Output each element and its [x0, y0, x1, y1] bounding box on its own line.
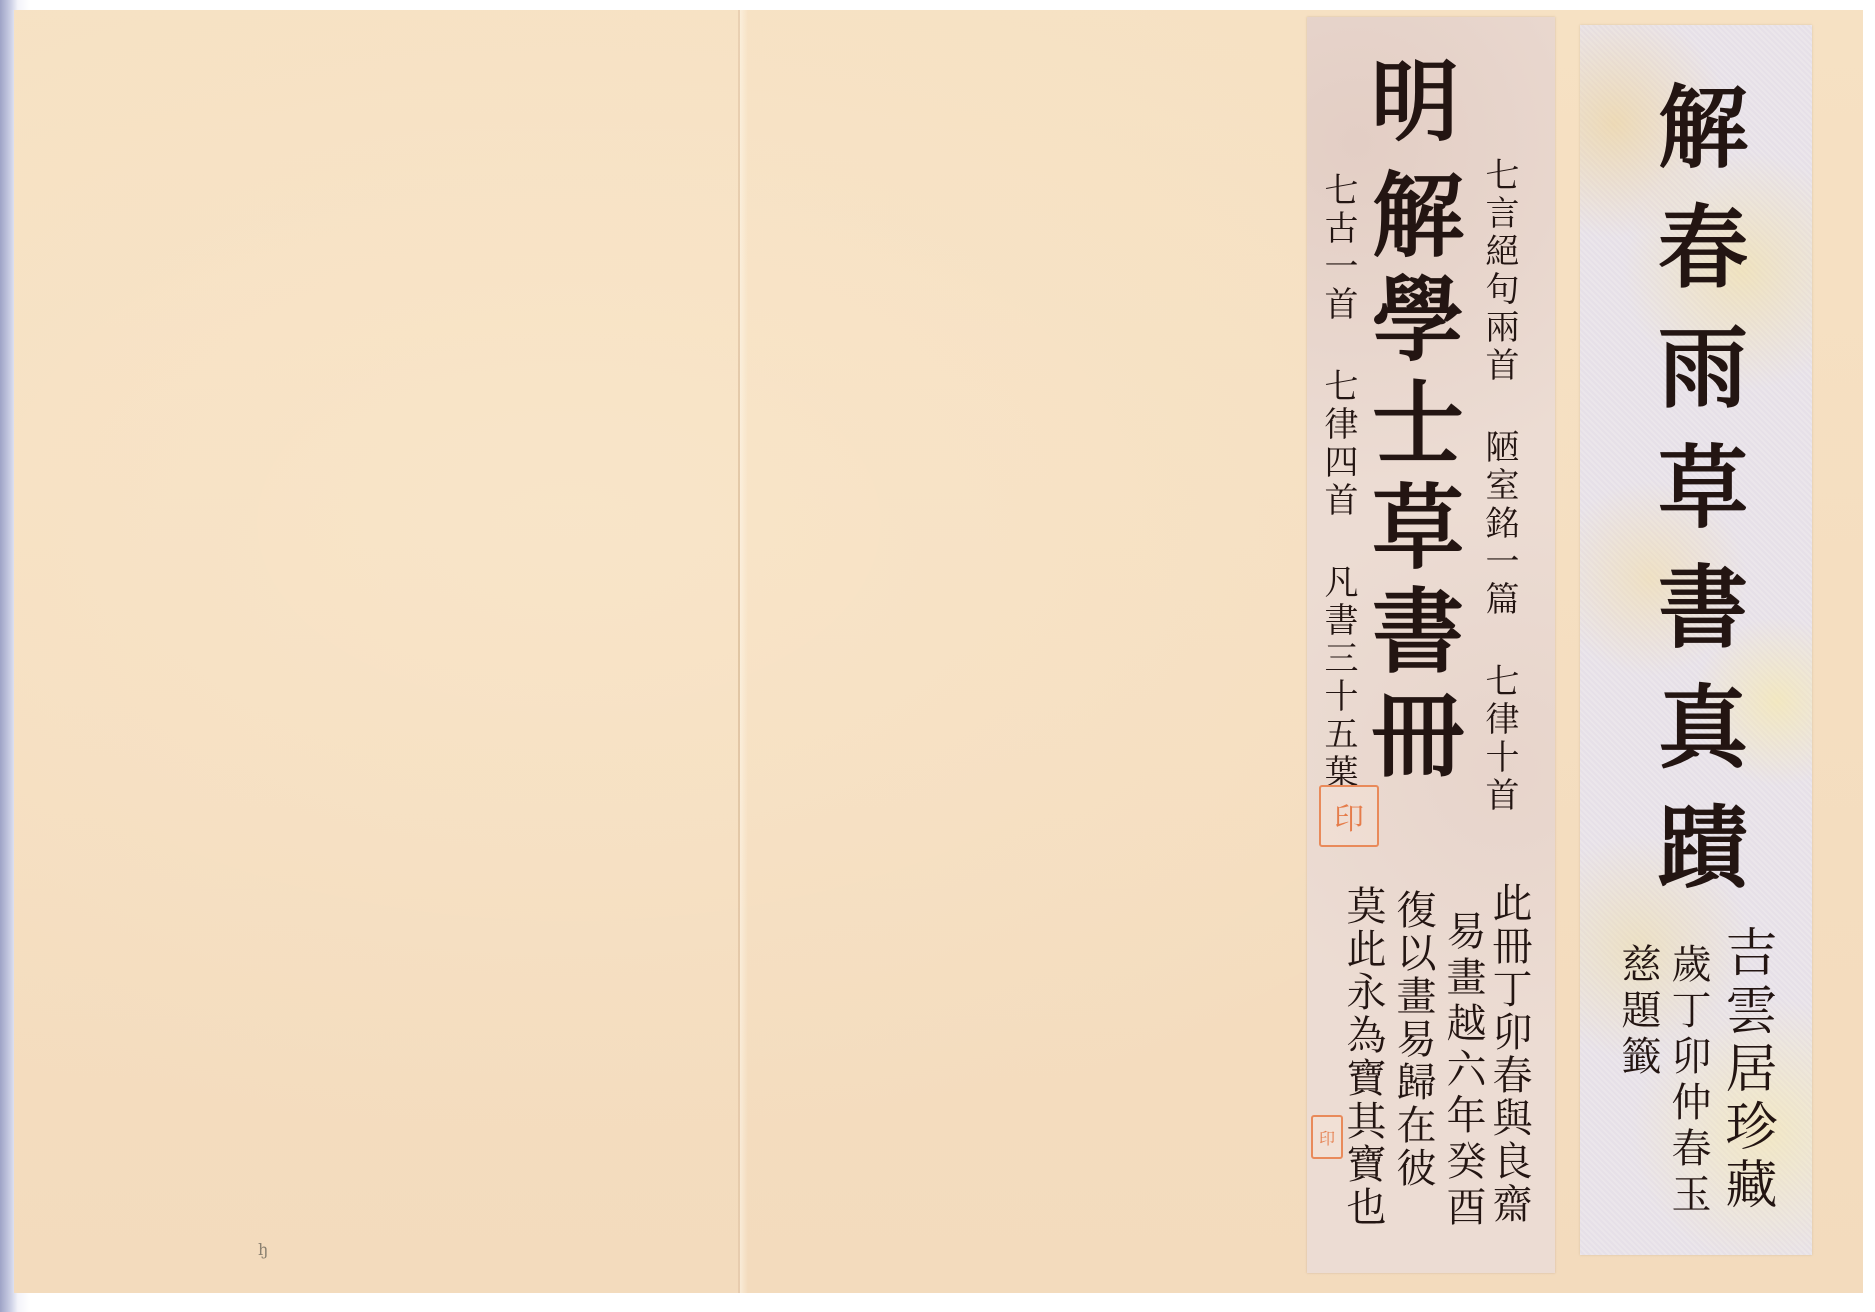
- inscription-col-3: 慈題籤: [1618, 943, 1658, 1081]
- title-dynasty: 明: [1365, 55, 1453, 143]
- colophon-col-2: 易畫越六年癸酉: [1443, 910, 1483, 1232]
- title-right: 解春雨草書真蹟: [1650, 80, 1740, 920]
- title-main: 解學士草書冊: [1365, 167, 1457, 791]
- contents-note-1: 七言絕句兩首 陋室銘一篇 七律十首: [1482, 157, 1516, 815]
- stray-mark: ꜧ: [258, 1240, 268, 1259]
- seal-rectangular: 印: [1311, 1115, 1343, 1159]
- page-background: ꜧ 明 解學士草書冊 七言絕句兩首 陋室銘一篇 七律十首 七古一首 七律四首 凡…: [0, 0, 1875, 1312]
- fold-shadow: [740, 10, 748, 1293]
- inscription-col-2: 歲丁卯仲春玉: [1668, 943, 1708, 1219]
- contents-note-2: 七古一首 七律四首 凡書三十五葉: [1321, 172, 1355, 792]
- title-slip-middle: 明 解學士草書冊 七言絕句兩首 陋室銘一篇 七律十首 七古一首 七律四首 凡書三…: [1307, 17, 1555, 1273]
- colophon-col-4: 莫此永為寶其寶也: [1343, 885, 1383, 1229]
- colophon-col-1: 此冊丁卯春與良齋: [1489, 882, 1529, 1226]
- colophon-col-3: 復以畫易歸在彼: [1393, 889, 1433, 1190]
- title-slip-right: 解春雨草書真蹟 吉雲居珍藏 歲丁卯仲春玉 慈題籤: [1580, 25, 1812, 1255]
- inscription-col-1: 吉雲居珍藏: [1720, 925, 1772, 1215]
- seal-square: 印: [1319, 785, 1379, 847]
